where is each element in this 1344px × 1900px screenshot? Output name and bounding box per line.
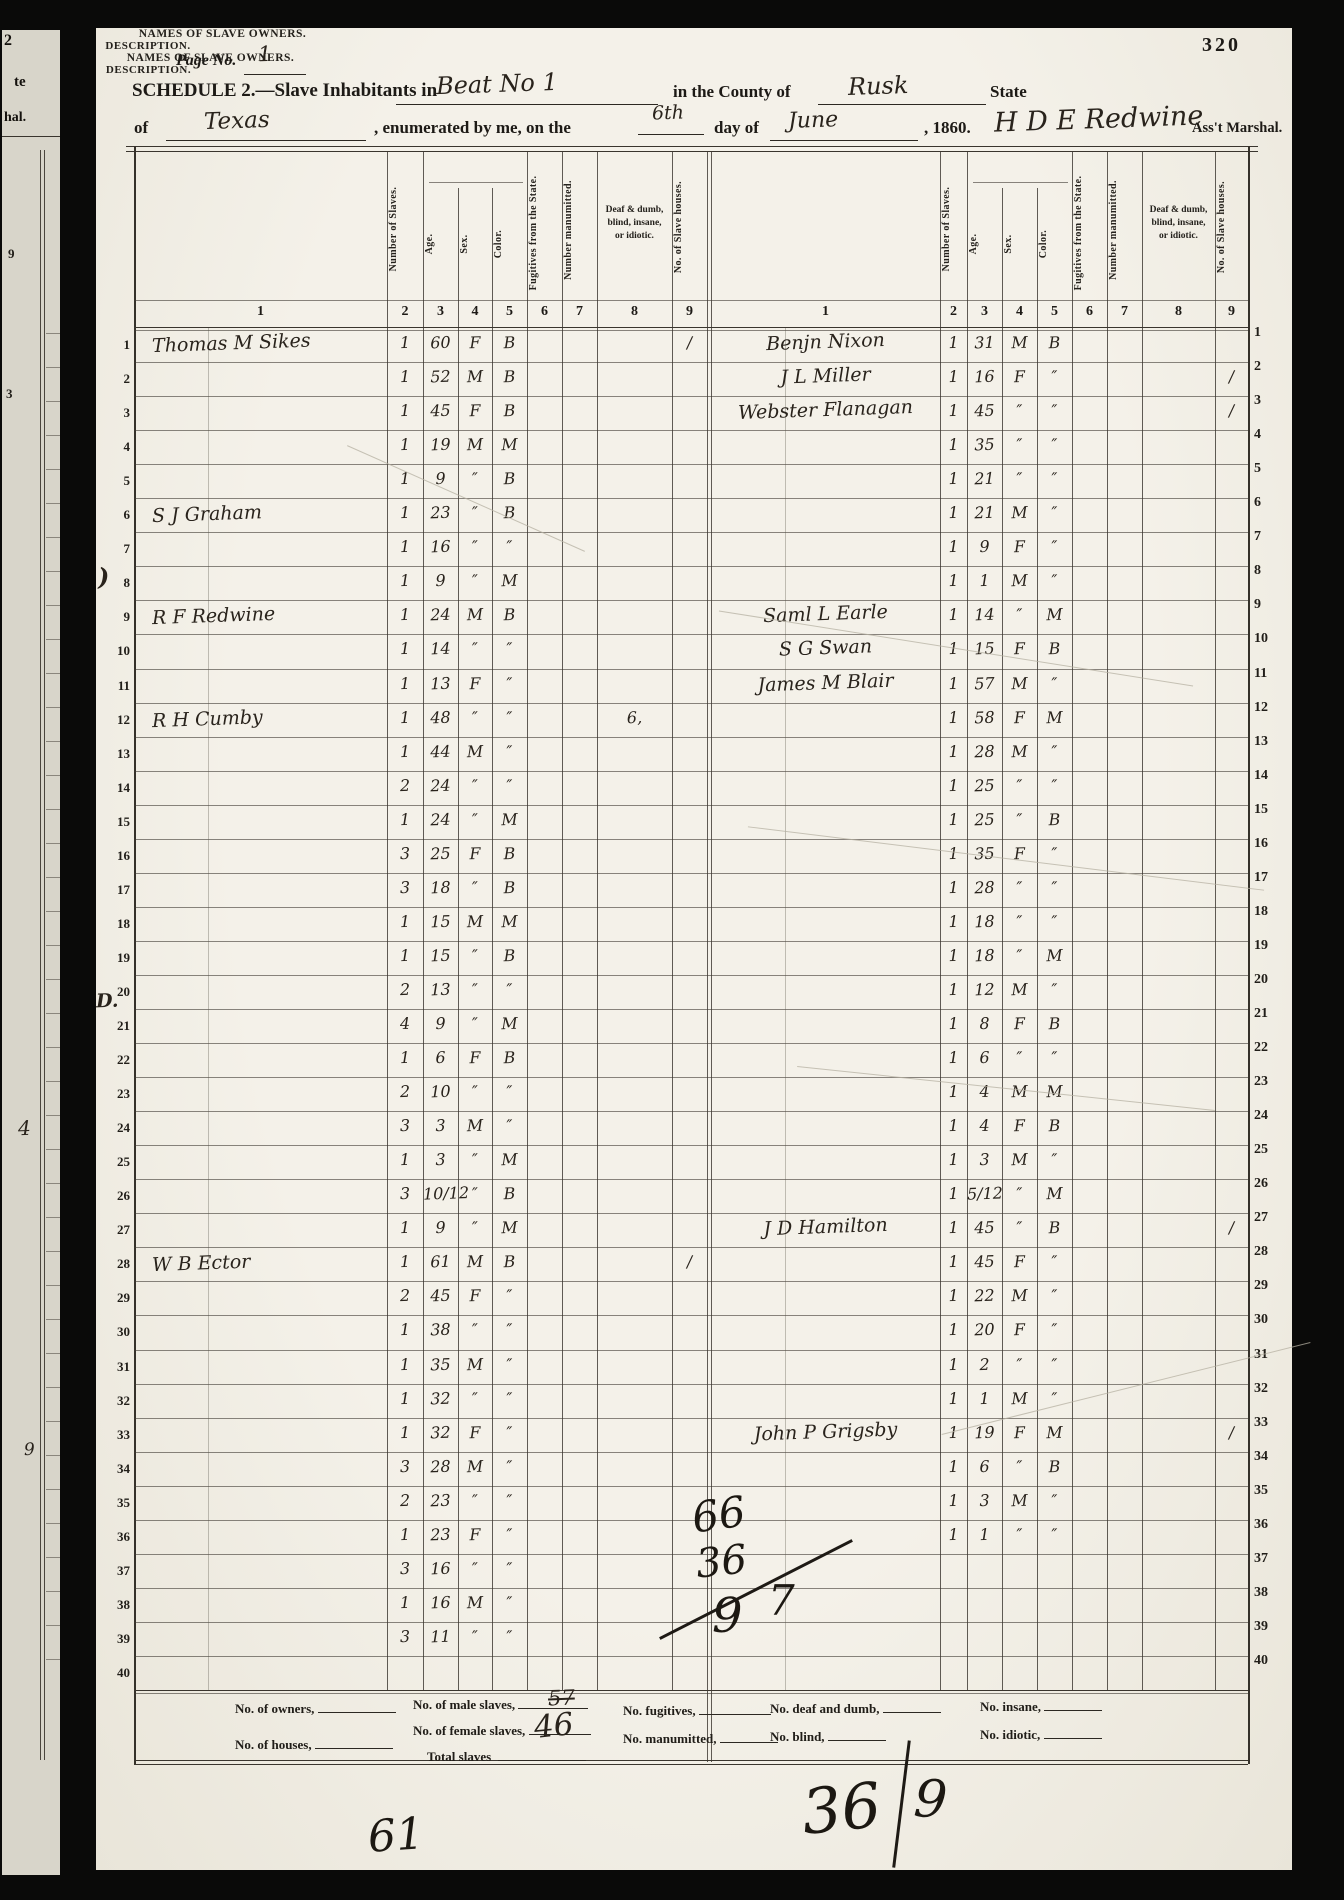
deaf-dumb-header: Deaf & dumb, blind, insane, or idiotic. (1143, 204, 1214, 242)
of-label: of (134, 118, 148, 138)
color-value: ″ (1037, 1286, 1073, 1306)
manumitted-header: Number manumitted. (563, 166, 596, 294)
row-number-left: 15 (104, 814, 130, 830)
row-number-left: 40 (104, 1665, 130, 1681)
row-number-right: 17 (1254, 870, 1284, 886)
color-value: M (492, 809, 528, 829)
column-number: 6 (1072, 304, 1107, 320)
row-number-right: 38 (1254, 1585, 1284, 1601)
tally-66: 66 (689, 1490, 748, 1539)
age-value: 3 (423, 1116, 459, 1136)
row-number-right: 22 (1254, 1040, 1284, 1056)
age-value: 25 (423, 843, 459, 863)
bottom-tally-61: 61 (367, 1812, 426, 1860)
sex-value: ″ (1002, 911, 1038, 931)
sex-value: ″ (1002, 809, 1038, 829)
row-number-right: 40 (1254, 1653, 1284, 1669)
color-value: ″ (492, 1422, 528, 1442)
column-number: 7 (1107, 304, 1142, 320)
slave-houses-mark: ∕ (1215, 401, 1249, 421)
sex-value: ″ (458, 1388, 493, 1408)
grid-line (672, 152, 673, 1690)
row-number-left: 19 (104, 950, 130, 966)
color-value: ″ (492, 707, 528, 727)
age-value: 20 (967, 1320, 1003, 1340)
pen-mark-lower: D. (96, 990, 119, 1013)
owner-name: J L Miller (711, 361, 941, 391)
slave-count: 1 (387, 639, 424, 659)
sex-value: M (1002, 1490, 1038, 1510)
names-of-slave-owners-header: NAMES OF SLAVE OWNERS. (96, 28, 349, 40)
slave-count: 3 (387, 1184, 424, 1204)
color-value: ″ (492, 775, 528, 795)
slave-count: 1 (387, 1218, 424, 1238)
age-value: 58 (967, 707, 1003, 727)
facing-page-edge: 2 te hal. 9 3 4 9 (2, 30, 60, 1875)
grid-line (134, 1690, 1248, 1691)
tally-nine: 9 (712, 1592, 743, 1640)
slave-count: 2 (387, 775, 424, 795)
age-value: 15 (423, 911, 459, 931)
slave-count: 3 (387, 1626, 424, 1646)
row-number-left: 23 (104, 1086, 130, 1102)
age-value: 10 (423, 1081, 459, 1101)
grid-line (134, 1656, 1248, 1657)
sex-value: ″ (458, 1320, 493, 1340)
slave-count: 3 (387, 1116, 424, 1136)
slave-count: 1 (940, 503, 968, 523)
manumitted-total-label: No. manumitted, (623, 1730, 778, 1747)
grid-line (134, 362, 1248, 363)
color-value: ″ (1037, 503, 1073, 523)
slave-count: 1 (940, 333, 968, 353)
row-number-left: 38 (104, 1597, 130, 1613)
color-value: B (492, 1252, 528, 1272)
slave-count: 2 (387, 1490, 424, 1510)
color-value: ″ (1037, 571, 1073, 591)
age-value: 12 (967, 979, 1003, 999)
color-value: ″ (1037, 979, 1073, 999)
sex-value: F (1002, 1422, 1038, 1442)
bottom-tally-36: 36 (799, 1774, 884, 1844)
color-value: B (492, 469, 528, 489)
age-value: 45 (423, 400, 459, 420)
edge-fragment-marshal: hal. (4, 110, 26, 126)
day-value: 6th (652, 101, 685, 124)
sex-value: M (458, 741, 493, 761)
state-value: Texas (204, 107, 271, 135)
enumerated-label: , enumerated by me, on the (374, 118, 571, 138)
row-number-right: 7 (1254, 529, 1284, 545)
color-value: ″ (1037, 673, 1073, 693)
grid-line (134, 1418, 1248, 1419)
grid-line (134, 1077, 1248, 1078)
column-number: 4 (458, 304, 492, 320)
sex-value: M (458, 1354, 493, 1374)
sex-value: ″ (1002, 400, 1038, 420)
sex-value: F (1002, 537, 1038, 557)
grid-line (134, 1315, 1248, 1316)
owner-name: Webster Flanagan (711, 395, 941, 425)
grid-line (785, 328, 786, 1690)
slave-count: 3 (387, 1558, 424, 1578)
grid-line (134, 1043, 1248, 1044)
grid-line (134, 1452, 1248, 1453)
row-number-left: 29 (104, 1290, 130, 1306)
age-value: 2 (967, 1354, 1003, 1374)
slave-count: 1 (387, 1150, 424, 1170)
age-value: 9 (423, 1218, 459, 1238)
age-value: 32 (423, 1388, 459, 1408)
sex-value: F (458, 1047, 493, 1067)
slave-count: 1 (387, 1354, 424, 1374)
slave-count: 1 (387, 605, 424, 625)
edge-rule (2, 136, 60, 137)
age-value: 48 (423, 707, 459, 727)
sex-value: M (1002, 1286, 1038, 1306)
age-value: 15 (967, 639, 1003, 659)
color-value: ″ (1037, 400, 1073, 420)
age-value: 45 (967, 1218, 1003, 1238)
slave-count: 1 (940, 1354, 968, 1374)
sex-value: ″ (1002, 945, 1038, 965)
sex-value: ″ (458, 1013, 493, 1033)
row-number-right: 23 (1254, 1074, 1284, 1090)
slave-count: 1 (387, 332, 424, 352)
age-value: 38 (423, 1320, 459, 1340)
row-number-left: 25 (104, 1154, 130, 1170)
owner-name: S J Graham (152, 497, 388, 527)
age-value: 24 (423, 605, 459, 625)
sex-value: ″ (1002, 605, 1038, 625)
age-value: 24 (423, 775, 459, 795)
sex-value: ″ (458, 1082, 493, 1102)
slave-count: 1 (940, 367, 968, 387)
row-number-left: 34 (104, 1461, 130, 1477)
row-number-left: 4 (104, 439, 130, 455)
sex-value: ″ (458, 1218, 493, 1238)
blind-blank (828, 1728, 886, 1741)
marshal-label: Ass't Marshal. (1192, 120, 1282, 137)
deaf-blank (883, 1700, 941, 1713)
sex-value: ″ (1002, 1354, 1038, 1374)
sex-value: M (458, 1116, 493, 1136)
age-value: 31 (967, 332, 1003, 352)
row-number-right: 10 (1254, 631, 1284, 647)
column-number: 7 (562, 304, 597, 320)
slave-count: 1 (387, 537, 424, 557)
division-value: Beat No 1 (436, 68, 559, 100)
row-number-right: 18 (1254, 904, 1284, 920)
age-value: 21 (967, 503, 1003, 523)
grid-line (134, 1145, 1248, 1146)
grid-line (134, 1588, 1248, 1589)
color-value: ″ (492, 1558, 528, 1578)
age-value: 14 (423, 639, 459, 659)
sex-header: Sex. (1003, 194, 1036, 294)
row-number-right: 1 (1254, 325, 1284, 341)
sex-value: ″ (458, 537, 493, 557)
slave-houses-mark: ∕ (1215, 1218, 1249, 1238)
age-value: 25 (967, 775, 1003, 795)
edge-number: 9 (8, 246, 15, 262)
sex-value: ″ (458, 809, 493, 829)
age-value: 9 (967, 537, 1003, 557)
row-number-left: 17 (104, 882, 130, 898)
color-value: B (1037, 1013, 1073, 1033)
row-number-right: 4 (1254, 427, 1284, 443)
row-number-right: 9 (1254, 597, 1284, 613)
color-value: M (492, 435, 528, 455)
slave-count: 1 (940, 605, 968, 625)
row-number-left: 9 (104, 609, 130, 625)
sex-value: F (1002, 1116, 1038, 1136)
slave-count: 1 (940, 469, 968, 489)
age-value: 19 (967, 1422, 1003, 1442)
sex-value: M (458, 1456, 493, 1476)
grid-line (134, 532, 1248, 533)
sex-value: M (458, 366, 493, 386)
row-number-right: 34 (1254, 1449, 1284, 1465)
age-value: 23 (423, 1524, 459, 1544)
edge-column-line (40, 150, 45, 1760)
column-number: 3 (423, 304, 458, 320)
slave-count: 1 (940, 1048, 968, 1068)
color-value: ″ (1037, 1252, 1073, 1272)
slave-count: 1 (940, 707, 968, 727)
slave-count: 1 (387, 741, 424, 761)
color-value: B (492, 605, 528, 625)
color-value: ″ (492, 1626, 528, 1646)
sex-value: ″ (1002, 1184, 1038, 1204)
corner-page-number: 320 (1202, 34, 1241, 57)
age-value: 22 (967, 1286, 1003, 1306)
sex-value: F (458, 673, 493, 693)
age-value: 35 (967, 435, 1003, 455)
row-number-left: 14 (104, 780, 130, 796)
age-value: 18 (967, 945, 1003, 965)
age-value: 28 (423, 1456, 459, 1476)
age-value: 11 (423, 1626, 459, 1646)
edge-pen-mark-low: 9 (24, 1440, 36, 1460)
owner-name: J D Hamilton (711, 1212, 941, 1242)
age-value: 9 (423, 571, 459, 591)
age-value: 16 (423, 1592, 459, 1612)
sex-value: ″ (1002, 775, 1038, 795)
color-value: ″ (1037, 775, 1073, 795)
owner-name: S G Swan (711, 633, 941, 663)
column-number: 2 (940, 304, 967, 320)
slave-count: 1 (387, 1047, 424, 1067)
slave-count: 1 (940, 537, 968, 557)
grid-line (134, 566, 1248, 567)
color-value: ″ (1037, 1150, 1073, 1170)
bottom-tally-9: 9 (912, 1773, 949, 1827)
owners-blank (318, 1700, 396, 1713)
slave-count: 1 (940, 945, 968, 965)
color-value: B (1037, 1218, 1073, 1238)
row-number-right: 26 (1254, 1176, 1284, 1192)
color-value: M (1037, 605, 1073, 625)
grid-line (134, 1384, 1248, 1385)
color-value: M (492, 1013, 528, 1033)
grid-line (134, 634, 1248, 635)
age-value: 52 (423, 366, 459, 386)
age-value: 44 (423, 741, 459, 761)
sex-value: ″ (1002, 1047, 1038, 1067)
slave-count: 1 (940, 673, 968, 693)
edge-fragment-state: te (14, 74, 26, 91)
row-number-right: 29 (1254, 1278, 1284, 1294)
color-value: B (1037, 1116, 1073, 1136)
slave-houses-header: No. of Slave houses. (673, 160, 706, 294)
color-value: ″ (492, 741, 528, 761)
color-value: ″ (492, 1354, 528, 1374)
slave-count: 2 (387, 979, 424, 999)
slave-count: 1 (387, 1388, 424, 1408)
color-value: M (1037, 707, 1073, 727)
color-value: B (1037, 639, 1073, 659)
age-value: 3 (967, 1150, 1003, 1170)
marshal-signature: H D E Redwine (994, 100, 1204, 138)
color-value: M (492, 1218, 528, 1238)
grid-line (134, 1111, 1248, 1112)
sex-value: F (1002, 366, 1038, 386)
age-value: 24 (423, 809, 459, 829)
color-value: ″ (1037, 469, 1073, 489)
color-value: ″ (492, 979, 528, 999)
sex-value: ″ (458, 469, 493, 489)
month-value: June (788, 107, 839, 134)
grid-line (429, 182, 523, 183)
slave-count: 1 (940, 571, 968, 591)
tally-seven: 7 (768, 1580, 795, 1622)
age-value: 1 (967, 571, 1003, 591)
row-number-left: 5 (104, 473, 130, 489)
age-value: 25 (967, 809, 1003, 829)
row-number-left: 26 (104, 1188, 130, 1204)
color-value: ″ (1037, 537, 1073, 557)
row-number-left: 13 (104, 746, 130, 762)
row-number-left: 10 (104, 643, 130, 659)
page-no-value: 1 (258, 42, 272, 66)
idiotic-total-label: No. idiotic, (980, 1726, 1102, 1743)
color-value: B (492, 366, 528, 386)
sex-value: F (458, 401, 493, 421)
female-slaves-tally: 46 (532, 1706, 575, 1746)
sex-value: M (458, 911, 493, 931)
age-value: 23 (423, 503, 459, 523)
column-number: 3 (967, 304, 1002, 320)
row-number-left: 21 (104, 1018, 130, 1034)
idiotic-blank (1044, 1726, 1102, 1739)
age-value: 19 (423, 435, 459, 455)
grid-line (973, 182, 1068, 183)
column-number: 8 (597, 304, 672, 320)
row-number-left: 18 (104, 916, 130, 932)
slave-count: 1 (940, 1286, 968, 1306)
color-value: B (492, 1184, 528, 1204)
insane-total-label: No. insane, (980, 1698, 1102, 1715)
slave-count: 1 (940, 1184, 968, 1204)
grid-line (134, 1350, 1248, 1351)
column-number: 1 (134, 304, 387, 320)
row-number-left: 2 (104, 371, 130, 387)
sex-value: ″ (458, 1184, 493, 1204)
state-word: State (990, 82, 1027, 102)
grid-line (1248, 146, 1250, 1764)
age-value: 28 (967, 741, 1003, 761)
row-number-left: 1 (104, 337, 130, 353)
sex-value: ″ (458, 945, 493, 965)
row-number-right: 2 (1254, 359, 1284, 375)
age-value: 8 (967, 1013, 1003, 1033)
scan-scratch (797, 1066, 1215, 1111)
sex-value: ″ (1002, 1218, 1038, 1238)
edge-pen-mark: 4 (18, 1116, 32, 1140)
color-value: B (492, 1047, 528, 1067)
color-value: M (1037, 945, 1073, 965)
owner-name: Benjn Nixon (711, 327, 941, 357)
age-header: Age. (968, 194, 1001, 294)
row-number-right: 6 (1254, 495, 1284, 511)
age-value: 61 (423, 1252, 459, 1272)
row-number-left: 6 (104, 507, 130, 523)
slave-count: 3 (387, 1456, 424, 1476)
age-value: 32 (423, 1422, 459, 1442)
color-value: ″ (492, 1388, 528, 1408)
sex-value: F (458, 1524, 493, 1544)
slave-count: 1 (940, 1490, 968, 1510)
slave-count: 1 (387, 809, 424, 829)
color-value: ″ (1037, 366, 1073, 386)
sex-value: ″ (458, 707, 493, 727)
age-value: 57 (967, 673, 1003, 693)
age-value: 6 (967, 1456, 1003, 1476)
slave-count: 1 (387, 1252, 424, 1272)
sex-value: ″ (458, 1626, 493, 1646)
row-number-right: 39 (1254, 1619, 1284, 1635)
row-number-left: 27 (104, 1222, 130, 1238)
sex-value: M (1002, 979, 1038, 999)
row-number-right: 20 (1254, 972, 1284, 988)
slave-count: 1 (387, 707, 424, 727)
row-number-right: 37 (1254, 1551, 1284, 1567)
row-number-right: 30 (1254, 1312, 1284, 1328)
row-number-right: 36 (1254, 1517, 1284, 1533)
sex-value: ″ (458, 1490, 493, 1510)
grid-line (134, 1693, 1248, 1694)
age-value: 13 (423, 979, 459, 999)
day-underline (638, 134, 704, 135)
grid-line (134, 839, 1248, 840)
grid-line (134, 669, 1248, 670)
color-value: ″ (492, 639, 528, 659)
total-blank (498, 1748, 586, 1761)
grid-line (134, 1486, 1248, 1487)
grid-line (134, 464, 1248, 465)
color-value: ″ (492, 1490, 528, 1510)
color-value: ″ (1037, 877, 1073, 897)
row-number-left: 37 (104, 1563, 130, 1579)
day-of-label: day of (714, 118, 759, 138)
row-number-left: 3 (104, 405, 130, 421)
row-number-left: 35 (104, 1495, 130, 1511)
age-value: 45 (967, 400, 1003, 420)
grid-line (126, 146, 1258, 147)
blind-total-label: No. blind, (770, 1728, 886, 1745)
sex-header: Sex. (459, 194, 491, 294)
